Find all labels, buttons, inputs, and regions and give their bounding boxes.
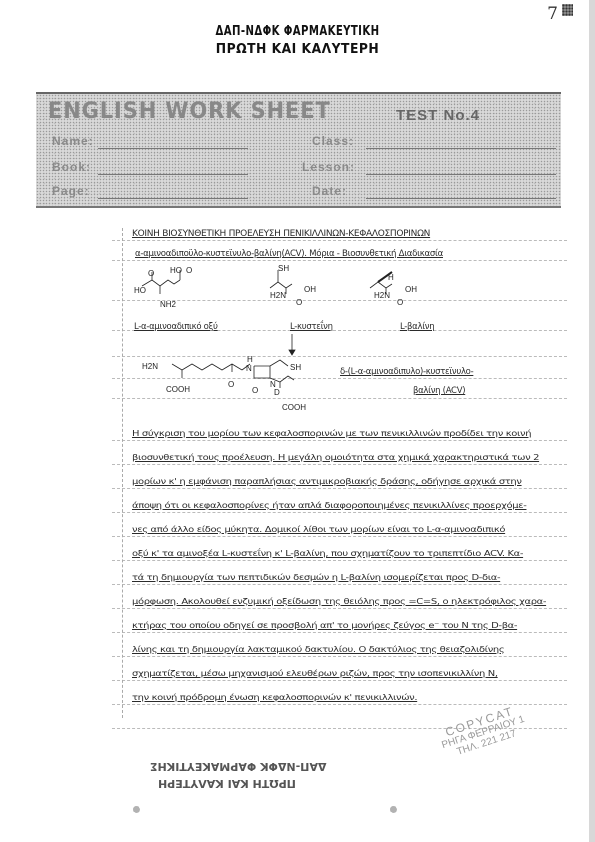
notes-subheading: α-αμινοαδιποϋλο-κυστεϊνυλο-βαλίνη(ACV). … bbox=[135, 249, 443, 259]
name-label: Name: bbox=[52, 134, 94, 148]
ruled-line bbox=[112, 512, 567, 513]
val-label-h: H bbox=[388, 273, 394, 282]
cys-label-sh: SH bbox=[278, 264, 289, 273]
acv-label-n1: N bbox=[246, 364, 252, 373]
ruled-line bbox=[112, 240, 567, 241]
ruled-line bbox=[112, 560, 567, 561]
margin-line bbox=[122, 228, 123, 718]
cysteine-name: L-κυστεΐνη bbox=[290, 322, 333, 332]
page-number-text: 7 bbox=[547, 4, 558, 24]
ruled-line bbox=[112, 488, 567, 489]
acv-label-o1: O bbox=[228, 380, 234, 389]
ruled-line bbox=[112, 536, 567, 537]
acv-name-line2: βαλίνη (ACV) bbox=[413, 386, 465, 396]
paragraph-line: νες από άλλο είδος μύκητα. Δομικοί λίθοι… bbox=[132, 524, 505, 534]
aminoadipic-chain bbox=[142, 280, 180, 286]
cys-label-oh: OH bbox=[304, 285, 316, 294]
page-number: 7 bbox=[547, 4, 573, 24]
scan-speck bbox=[133, 806, 140, 813]
book-label: Book: bbox=[52, 160, 91, 174]
aa-label-ho: HO bbox=[134, 286, 146, 295]
aa-label-ho-top: HO bbox=[170, 266, 182, 275]
ruled-line bbox=[112, 704, 567, 705]
bottom-stamp-line2: ΠΡΩΤΗ ΚΑΙ ΚΑΛΥΤΕΡΗ bbox=[158, 777, 296, 790]
bottom-stamp-line1: ΔΑΠ-ΝΔΦΚ ΦΑΡΜΑΚΕΥΤΙΚΗΣ bbox=[150, 760, 326, 773]
lesson-line bbox=[366, 174, 556, 175]
page-label: Page: bbox=[52, 184, 90, 198]
ruled-line bbox=[112, 584, 567, 585]
worksheet-title: ENGLISH WORK SHEET bbox=[48, 99, 331, 124]
book-line bbox=[98, 174, 248, 175]
class-line bbox=[366, 148, 556, 149]
paragraph-line: τά τη δημιουργία των πεπτιδικών δεσμών η… bbox=[132, 572, 500, 582]
scan-edge bbox=[589, 0, 595, 842]
class-label: Class: bbox=[312, 134, 354, 148]
cys-label-h2n: H2N bbox=[270, 291, 286, 300]
paragraph-line: την κοινή πρόδρομη ένωση κεφαλοσπορινών … bbox=[132, 692, 417, 702]
date-label: Date: bbox=[312, 184, 347, 198]
acv-label-h: H bbox=[247, 355, 253, 364]
date-line bbox=[366, 198, 556, 199]
ruled-line bbox=[112, 680, 567, 681]
name-line bbox=[98, 148, 248, 149]
lesson-label: Lesson: bbox=[302, 160, 355, 174]
acv-label-o2: O bbox=[252, 386, 258, 395]
ruled-line bbox=[112, 260, 567, 261]
paragraph-line: μόρφωση. Ακολουθεί ενζυμική οξείδωση της… bbox=[132, 596, 546, 606]
header-stamp-line1: ΔΑΠ-ΝΔΦΚ ΦΑΡΜΑΚΕΥΤΙΚΗ bbox=[65, 24, 529, 39]
ruled-line bbox=[112, 656, 567, 657]
notes-heading: ΚΟΙΝΗ ΒΙΟΣΥΝΘΕΤΙΚΗ ΠΡΟΕΛΕΥΣΗ ΠΕΝΙΚΙΛΛΙΝΩ… bbox=[132, 229, 430, 239]
page-line bbox=[98, 198, 248, 199]
acv-label-h2n: H2N bbox=[142, 362, 158, 371]
valine-name: L-βαλίνη bbox=[400, 322, 434, 332]
acv-label-cooh: COOH bbox=[166, 385, 190, 394]
ruled-line bbox=[112, 440, 567, 441]
ruled-line bbox=[112, 398, 567, 399]
paragraph-line: άποψη ότι οι κεφαλοσπορίνες ήταν απλά δι… bbox=[132, 500, 526, 510]
aa-label-o: O bbox=[148, 269, 154, 278]
val-label-oh: OH bbox=[405, 285, 417, 294]
ruled-line bbox=[112, 608, 567, 609]
paragraph-line: λίνης και τη δημιουργία λακταμικού δακτυ… bbox=[132, 644, 504, 654]
val-label-o: O bbox=[397, 298, 403, 307]
acv-name-line1: δ-(L-α-αμινοαδιπυλο)-κυστεϊνυλο- bbox=[340, 367, 473, 377]
paragraph-line: κτήρας του οποίου οδηγεί σε προσβολή απ'… bbox=[132, 620, 517, 630]
val-label-h2n: H2N bbox=[374, 291, 390, 300]
paragraph-line: Η σύγκριση του μορίου των κεφαλοσπορινών… bbox=[132, 428, 531, 438]
copycat-stamp: COPYCAT ΡΗΓΑ ΦΕΡΡΑΙΟΥ 1 ΤΗΛ. 221 217 bbox=[437, 703, 529, 761]
cys-label-o: O bbox=[296, 298, 302, 307]
smudge-icon bbox=[562, 4, 573, 16]
ruled-line bbox=[112, 464, 567, 465]
worksheet-header: ENGLISH WORK SHEET TEST No.4 Name: Class… bbox=[36, 92, 561, 208]
ruled-line bbox=[112, 632, 567, 633]
aa-label-nh2: NH2 bbox=[160, 300, 176, 309]
acv-label-d: D bbox=[274, 388, 280, 397]
aa-label-o-top: O bbox=[186, 266, 192, 275]
paragraph-line: μορίων κ' η εμφάνιση παραπλήσιας αντιμικ… bbox=[132, 476, 522, 486]
header-stamp-line2: ΠΡΩΤΗ ΚΑΙ ΚΑΛΥΤΕΡΗ bbox=[15, 42, 580, 57]
paragraph-line: σχηματίζεται, μέσω μηχανισμού ελευθέρων … bbox=[132, 668, 498, 678]
test-number: TEST No.4 bbox=[396, 107, 480, 124]
acv-label-sh: SH bbox=[290, 363, 301, 372]
paragraph-line: βιοσυνθετική τους προέλευση. Η μεγάλη ομ… bbox=[132, 452, 539, 462]
aminoadipic-name: L-α-αμινοαδιπικό οξύ bbox=[134, 322, 218, 332]
scan-speck bbox=[390, 806, 397, 813]
paragraph-line: οξύ κ' τα αμινοξέα L-κυστεΐνη κ' L-βαλίν… bbox=[132, 548, 523, 558]
acv-label-cooh2: COOH bbox=[282, 403, 306, 412]
